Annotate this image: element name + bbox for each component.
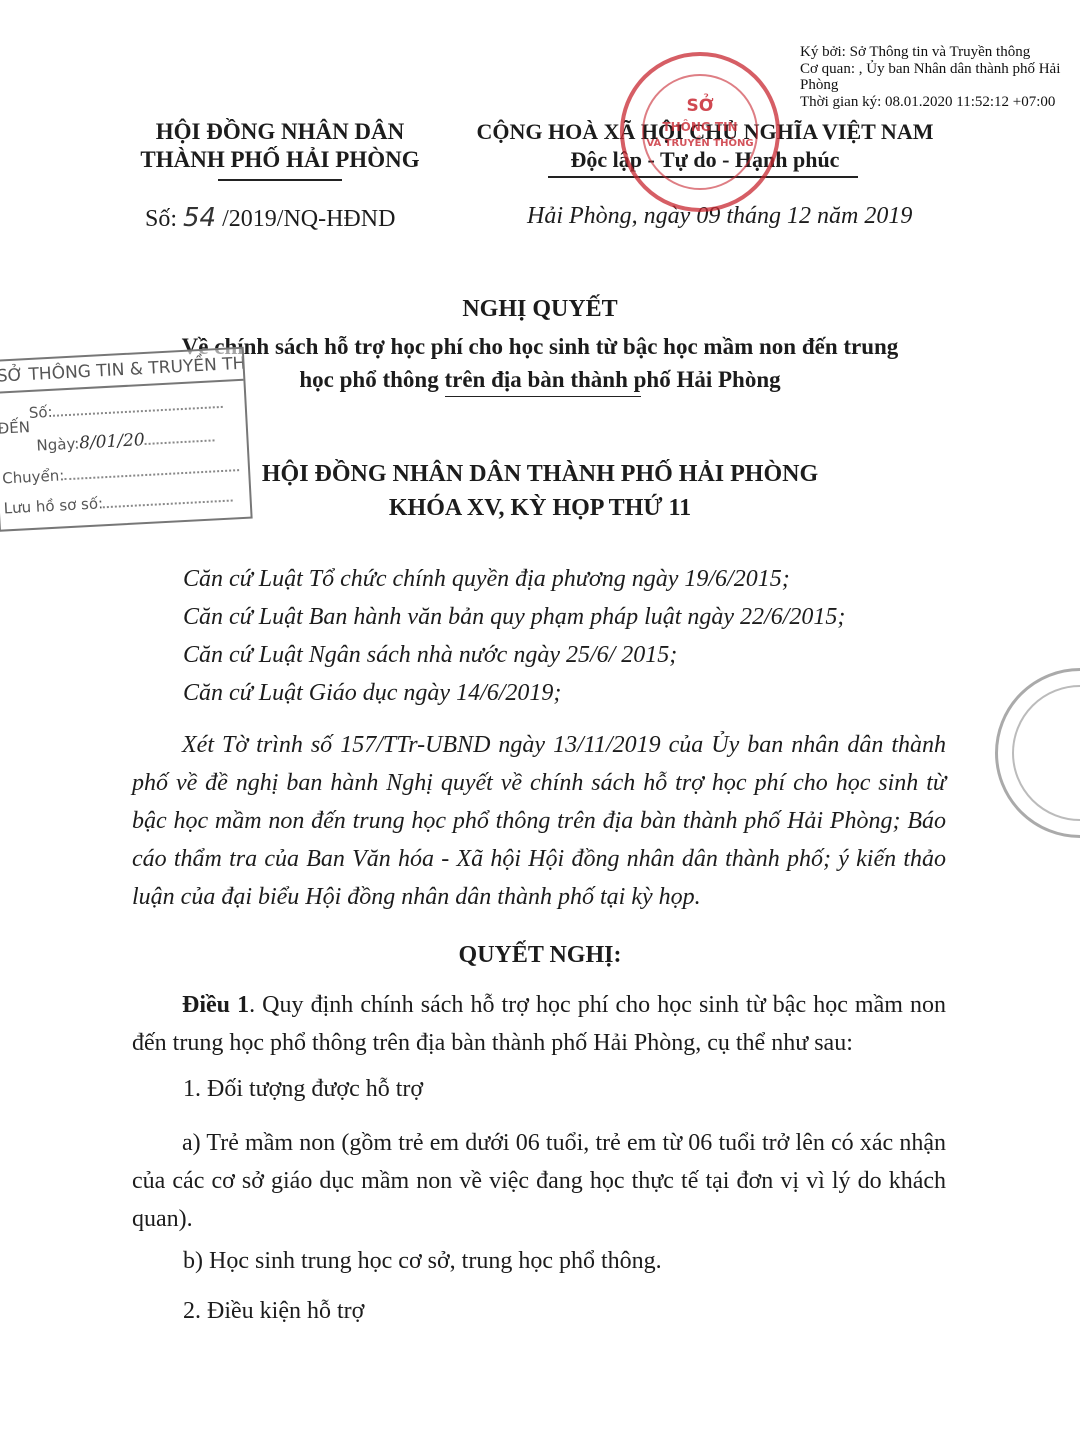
article-1-label: Điều 1 <box>182 992 249 1018</box>
document-subject: Về chính sách hỗ trợ học phí cho học sin… <box>175 330 905 396</box>
stamp-title: SỞ THÔNG TIN & TRUYỀN THÔNG <box>0 349 243 394</box>
handwritten-number: 54 <box>183 203 216 233</box>
article-1-item-2: 2. Điều kiện hỗ trợ <box>183 1298 364 1325</box>
resolution-heading: QUYẾT NGHỊ: <box>0 942 1080 969</box>
official-red-seal: SỞ THÔNG TIN VÀ TRUYỀN THÔNG <box>620 52 780 212</box>
article-1-item-1b: b) Học sinh trung học cơ sở, trung học p… <box>183 1248 662 1275</box>
stamp-side-label: ĐẾN <box>0 418 30 438</box>
article-1: Điều 1. Quy định chính sách hỗ trợ học p… <box>132 986 946 1062</box>
legal-basis-1: Căn cứ Luật Tổ chức chính quyền địa phươ… <box>183 566 790 593</box>
received-document-stamp: SỞ THÔNG TIN & TRUYỀN THÔNG ĐẾN Số: Ngày… <box>0 347 253 532</box>
stamp-chuyen-row: Chuyển: <box>2 457 240 487</box>
subject-divider <box>445 396 641 397</box>
digital-signature-info: Ký bởi: Sở Thông tin và Truyền thông Cơ … <box>800 44 1070 110</box>
legal-basis-3: Căn cứ Luật Ngân sách nhà nước ngày 25/6… <box>183 642 677 669</box>
legal-basis-2: Căn cứ Luật Ban hành văn bản quy phạm ph… <box>183 604 845 631</box>
signing-time: Thời gian ký: 08.01.2020 11:52:12 +07:00 <box>800 94 1070 111</box>
signing-agency: Cơ quan: , Ủy ban Nhân dân thành phố Hải… <box>800 61 1070 94</box>
document-type-title: NGHỊ QUYẾT <box>0 296 1080 323</box>
stamp-so-row: Số: <box>28 394 222 422</box>
article-1-item-1a: a) Trẻ mầm non (gồm trẻ em dưới 06 tuổi,… <box>132 1124 946 1238</box>
legal-basis-4: Căn cứ Luật Giáo dục ngày 14/6/2019; <box>183 680 561 707</box>
council-heading: HỘI ĐỒNG NHÂN DÂN THÀNH PHỐ HẢI PHÒNG KH… <box>230 457 850 525</box>
issuer-line1: HỘI ĐỒNG NHÂN DÂN <box>120 118 440 146</box>
signed-by: Ký bởi: Sở Thông tin và Truyền thông <box>800 44 1070 61</box>
stamp-luu-row: Lưu hồ sơ số: <box>3 487 233 517</box>
stamp-date-handwritten: 8/01/20 <box>79 430 146 453</box>
article-1-item-1: 1. Đối tượng được hỗ trợ <box>183 1076 423 1103</box>
stamp-ngay-row: Ngày:8/01/20 <box>36 426 215 455</box>
council-seal <box>995 668 1080 838</box>
document-number: Số:54/2019/NQ-HĐND <box>145 203 395 233</box>
issuer-block: HỘI ĐỒNG NHÂN DÂN THÀNH PHỐ HẢI PHÒNG <box>120 118 440 174</box>
issuer-line2: THÀNH PHỐ HẢI PHÒNG <box>120 146 440 174</box>
issuer-divider <box>218 179 342 181</box>
consideration-paragraph: Xét Tờ trình số 157/TTr-UBND ngày 13/11/… <box>132 726 946 916</box>
